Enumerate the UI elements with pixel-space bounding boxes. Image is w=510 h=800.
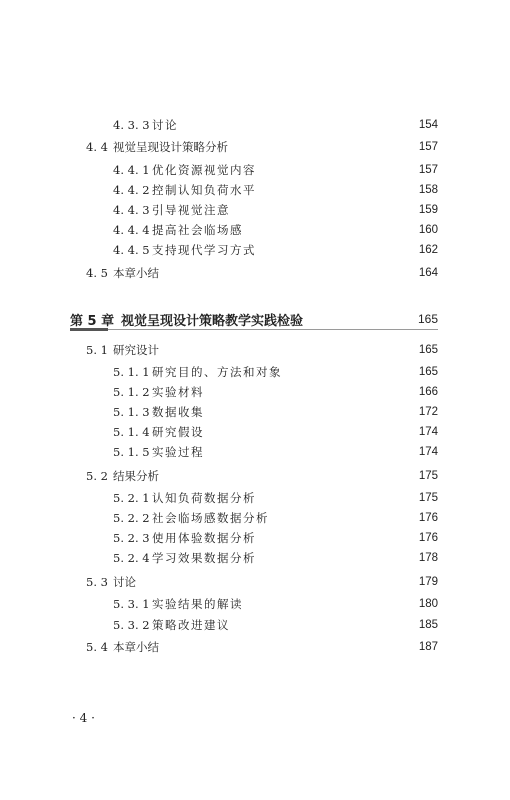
toc-entry[interactable]: 4. 4. 5 支持现代学习方式 162 <box>0 241 510 259</box>
toc-number: 5. 2. 1 <box>113 489 150 507</box>
toc-number: 4. 3. 3 <box>113 116 150 134</box>
toc-title: 讨论 <box>113 573 136 591</box>
toc-number: 5. 3. 1 <box>113 595 150 613</box>
toc-entry[interactable]: 4. 4. 1 优化资源视觉内容 157 <box>0 161 510 179</box>
toc-page: 157 <box>419 161 438 179</box>
toc-number: 5. 2. 3 <box>113 529 150 547</box>
toc-title: 实验材料 <box>152 383 204 401</box>
toc-title: 本章小结 <box>113 638 159 656</box>
toc-page: 166 <box>419 383 438 401</box>
toc-entry[interactable]: 5. 1. 4 研究假设 174 <box>0 423 510 441</box>
toc-number: 4. 4. 3 <box>113 201 150 219</box>
chapter-page: 165 <box>418 312 438 326</box>
toc-entry[interactable]: 4. 3. 3 讨论 154 <box>0 116 510 134</box>
toc-entry[interactable]: 5. 2. 3 使用体验数据分析 176 <box>0 529 510 547</box>
toc-entry[interactable]: 5. 1. 2 实验材料 166 <box>0 383 510 401</box>
toc-title: 研究假设 <box>152 423 204 441</box>
toc-title: 视觉呈现设计策略分析 <box>113 138 228 156</box>
toc-entry[interactable]: 5. 1. 3 数据收集 172 <box>0 403 510 421</box>
toc-entry[interactable]: 5. 1. 5 实验过程 174 <box>0 443 510 461</box>
toc-page: 172 <box>419 403 438 421</box>
toc-title: 控制认知负荷水平 <box>152 181 256 199</box>
toc-number: 4. 5 <box>86 264 108 282</box>
toc-entry[interactable]: 5. 2. 1 认知负荷数据分析 175 <box>0 489 510 507</box>
chapter-title: 视觉呈现设计策略教学实践检验 <box>121 310 303 329</box>
toc-number: 4. 4 <box>86 138 108 156</box>
toc-number: 4. 4. 5 <box>113 241 150 259</box>
toc-number: 5. 2 <box>86 467 108 485</box>
toc-page: 187 <box>419 638 438 656</box>
toc-number: 5. 3. 2 <box>113 616 150 634</box>
toc-title: 数据收集 <box>152 403 204 421</box>
toc-title: 提高社会临场感 <box>152 221 243 239</box>
toc-title: 实验过程 <box>152 443 204 461</box>
toc-number: 5. 1. 5 <box>113 443 150 461</box>
toc-entry[interactable]: 4. 4. 4 提高社会临场感 160 <box>0 221 510 239</box>
toc-page: 180 <box>419 595 438 613</box>
toc-number: 5. 2. 4 <box>113 549 150 567</box>
toc-page: 175 <box>419 489 438 507</box>
toc-number: 5. 1. 4 <box>113 423 150 441</box>
toc-page: 164 <box>419 264 438 282</box>
toc-number: 4. 4. 4 <box>113 221 150 239</box>
toc-number: 5. 1. 2 <box>113 383 150 401</box>
toc-title: 本章小结 <box>113 264 159 282</box>
toc-title: 认知负荷数据分析 <box>152 489 256 507</box>
toc-title: 结果分析 <box>113 467 159 485</box>
toc-entry[interactable]: 5. 2. 2 社会临场感数据分析 176 <box>0 509 510 527</box>
toc-number: 5. 3 <box>86 573 108 591</box>
toc-title: 策略改进建议 <box>152 616 230 634</box>
toc-entry[interactable]: 4. 4. 3 引导视觉注意 159 <box>0 201 510 219</box>
toc-entry[interactable]: 4. 4. 2 控制认知负荷水平 158 <box>0 181 510 199</box>
toc-title: 学习效果数据分析 <box>152 549 256 567</box>
toc-page: 154 <box>419 116 438 134</box>
toc-page: 160 <box>419 221 438 239</box>
toc-entry[interactable]: 5. 3. 1 实验结果的解读 180 <box>0 595 510 613</box>
toc-entry[interactable]: 5. 1. 1 研究目的、方法和对象 165 <box>0 363 510 381</box>
toc-page: 178 <box>419 549 438 567</box>
toc-entry[interactable]: 5. 3. 2 策略改进建议 185 <box>0 616 510 634</box>
toc-title: 讨论 <box>152 116 178 134</box>
toc-page: 165 <box>419 341 438 359</box>
toc-title: 引导视觉注意 <box>152 201 230 219</box>
toc-page: 158 <box>419 181 438 199</box>
toc-title: 社会临场感数据分析 <box>152 509 269 527</box>
toc-entry[interactable]: 5. 2. 4 学习效果数据分析 178 <box>0 549 510 567</box>
page-number-footer: · 4 · <box>72 711 95 725</box>
toc-number: 4. 4. 2 <box>113 181 150 199</box>
toc-entry[interactable]: 5. 1 研究设计 165 <box>0 341 510 359</box>
toc-page: 176 <box>419 509 438 527</box>
toc-page: 176 <box>419 529 438 547</box>
toc-title: 优化资源视觉内容 <box>152 161 256 179</box>
toc-title: 研究目的、方法和对象 <box>152 363 282 381</box>
toc-number: 5. 2. 2 <box>113 509 150 527</box>
toc-entry[interactable]: 5. 3 讨论 179 <box>0 573 510 591</box>
toc-page: 179 <box>419 573 438 591</box>
toc-number: 5. 1 <box>86 341 108 359</box>
toc-page: 174 <box>419 423 438 441</box>
toc-number: 5. 4 <box>86 638 108 656</box>
toc-entry[interactable]: 4. 5 本章小结 164 <box>0 264 510 282</box>
toc-page: 165 <box>419 363 438 381</box>
toc-entry[interactable]: 5. 2 结果分析 175 <box>0 467 510 485</box>
chapter-label-underline <box>70 328 108 331</box>
toc-page: 159 <box>419 201 438 219</box>
chapter-divider <box>70 329 438 330</box>
toc-number: 4. 4. 1 <box>113 161 150 179</box>
toc-title: 实验结果的解读 <box>152 595 243 613</box>
toc-title: 支持现代学习方式 <box>152 241 256 259</box>
toc-title: 使用体验数据分析 <box>152 529 256 547</box>
chapter-label: 第 5 章 <box>70 310 114 329</box>
toc-page: 157 <box>419 138 438 156</box>
toc-page: 162 <box>419 241 438 259</box>
toc-title: 研究设计 <box>113 341 159 359</box>
toc-entry[interactable]: 4. 4 视觉呈现设计策略分析 157 <box>0 138 510 156</box>
toc-page: 175 <box>419 467 438 485</box>
toc-entry[interactable]: 5. 4 本章小结 187 <box>0 638 510 656</box>
toc-number: 5. 1. 3 <box>113 403 150 421</box>
toc-number: 5. 1. 1 <box>113 363 150 381</box>
toc-page: 185 <box>419 616 438 634</box>
toc-page: 174 <box>419 443 438 461</box>
